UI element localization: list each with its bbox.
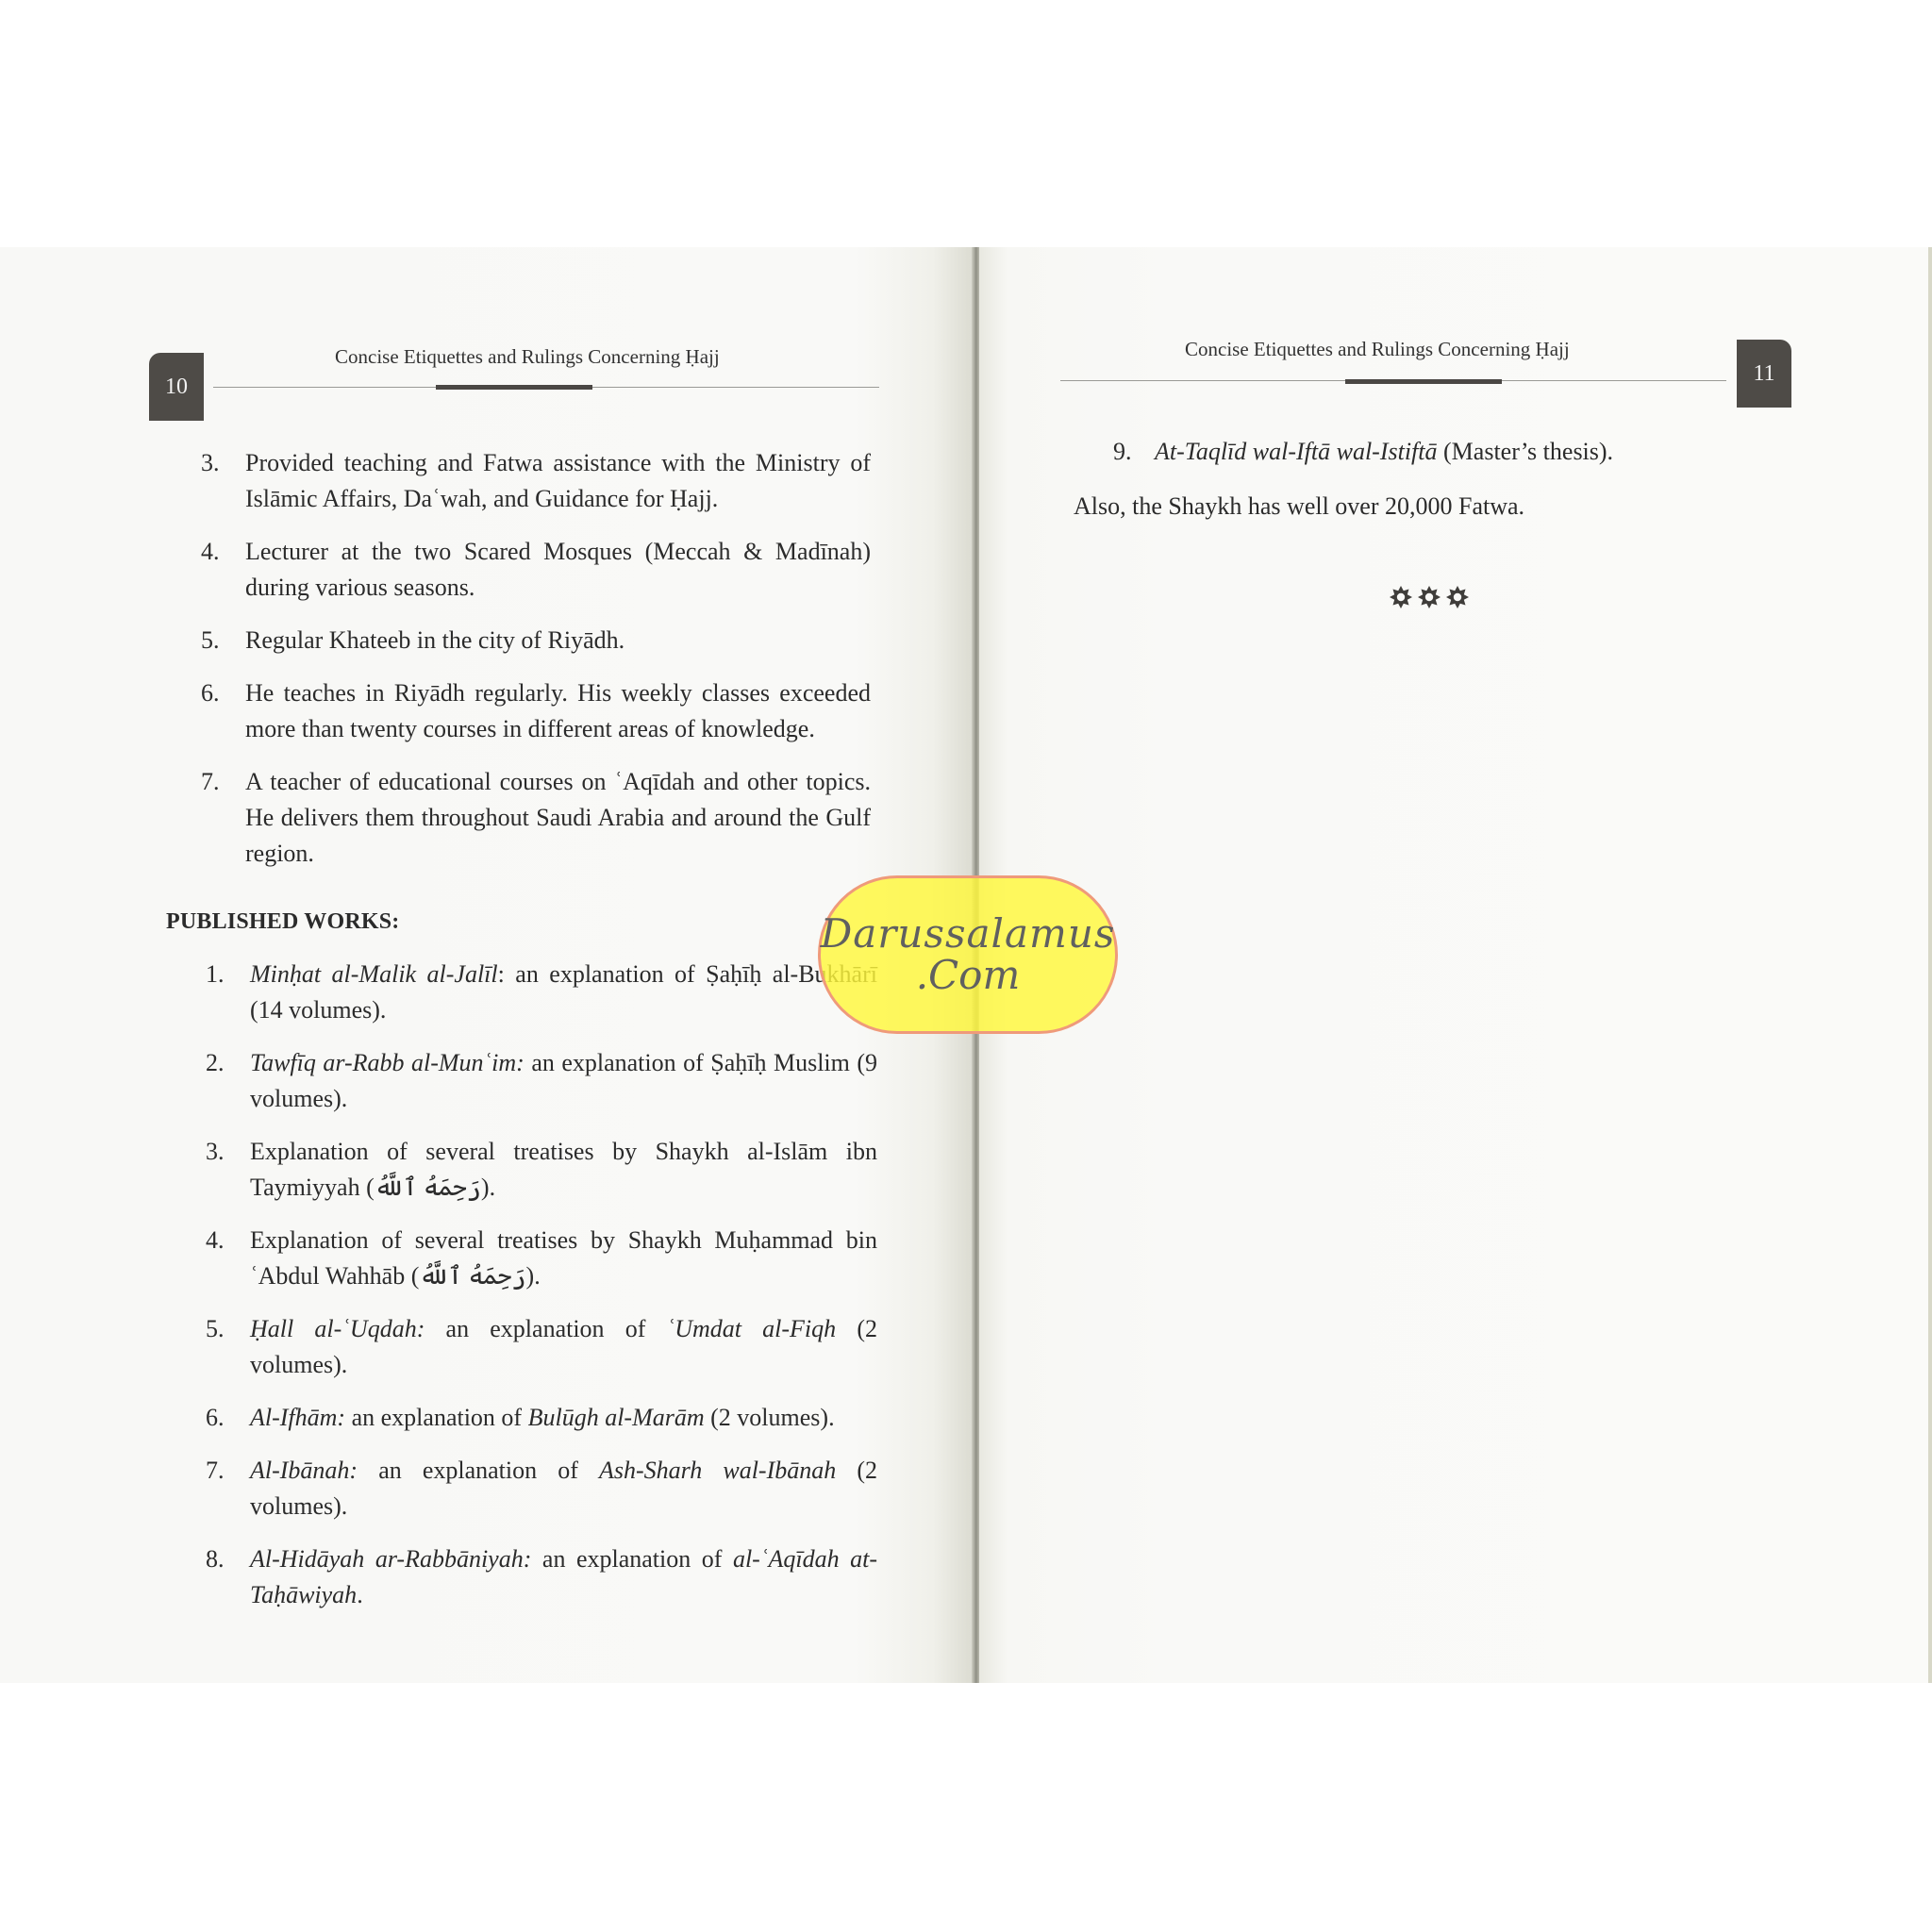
list-item: 2.Tawfīq ar-Rabb al-Munʿim: an explanati… xyxy=(206,1045,877,1117)
section-end-ornament xyxy=(1389,585,1470,609)
published-works-list: 1.Minḥat al-Malik al-Jalīl: an explanati… xyxy=(206,957,877,1630)
list-item: 7.Al-Ibānah: an explanation of Ash-Sharh… xyxy=(206,1453,877,1524)
list-item: 6.Al-Ifhām: an explanation of Bulūgh al-… xyxy=(206,1400,877,1436)
star-ornament-icon xyxy=(1445,585,1470,609)
list-item: 8.Al-Hidāyah ar-Rabbāniyah: an explanati… xyxy=(206,1541,877,1613)
list-item: 9.At-Taqlīd wal-Iftā wal-Istiftā (Master… xyxy=(1113,434,1613,470)
star-ornament-icon xyxy=(1417,585,1441,609)
watermark-badge: Darussalamus .Com xyxy=(818,875,1118,1034)
list-item: 3.Explanation of several treatises by Sh… xyxy=(206,1134,877,1206)
watermark-text: .Com xyxy=(916,955,1021,996)
right-page: Concise Etiquettes and Rulings Concernin… xyxy=(979,247,1932,1683)
page-number-tab: 10 xyxy=(149,353,204,421)
list-item: 7.A teacher of educational courses on ʿA… xyxy=(201,764,871,872)
page-number: 11 xyxy=(1753,361,1774,387)
credentials-list: 3.Provided teaching and Fatwa assistance… xyxy=(201,445,871,889)
list-item: 5.Ḥall al-ʿUqdah: an explanation of ʿUmd… xyxy=(206,1311,877,1383)
list-item: 4.Explanation of several treatises by Sh… xyxy=(206,1223,877,1294)
page-number-tab: 11 xyxy=(1737,340,1791,408)
running-head: Concise Etiquettes and Rulings Concernin… xyxy=(335,345,720,369)
closing-paragraph: Also, the Shaykh has well over 20,000 Fa… xyxy=(1074,489,1524,525)
running-head: Concise Etiquettes and Rulings Concernin… xyxy=(1185,338,1570,361)
list-item: 1.Minḥat al-Malik al-Jalīl: an explanati… xyxy=(206,957,877,1028)
watermark-text: Darussalamus xyxy=(821,913,1116,955)
list-item: 4.Lecturer at the two Scared Mosques (Me… xyxy=(201,534,871,606)
list-item: 6.He teaches in Riyādh regularly. His we… xyxy=(201,675,871,747)
header-rule-accent xyxy=(436,385,592,390)
section-heading: PUBLISHED WORKS: xyxy=(166,909,399,935)
page-edge xyxy=(1928,247,1932,1683)
header-rule-accent xyxy=(1345,379,1502,384)
list-item: 5.Regular Khateeb in the city of Riyādh. xyxy=(201,623,871,658)
list-item: 3.Provided teaching and Fatwa assistance… xyxy=(201,445,871,517)
star-ornament-icon xyxy=(1389,585,1413,609)
page-number: 10 xyxy=(165,375,188,400)
